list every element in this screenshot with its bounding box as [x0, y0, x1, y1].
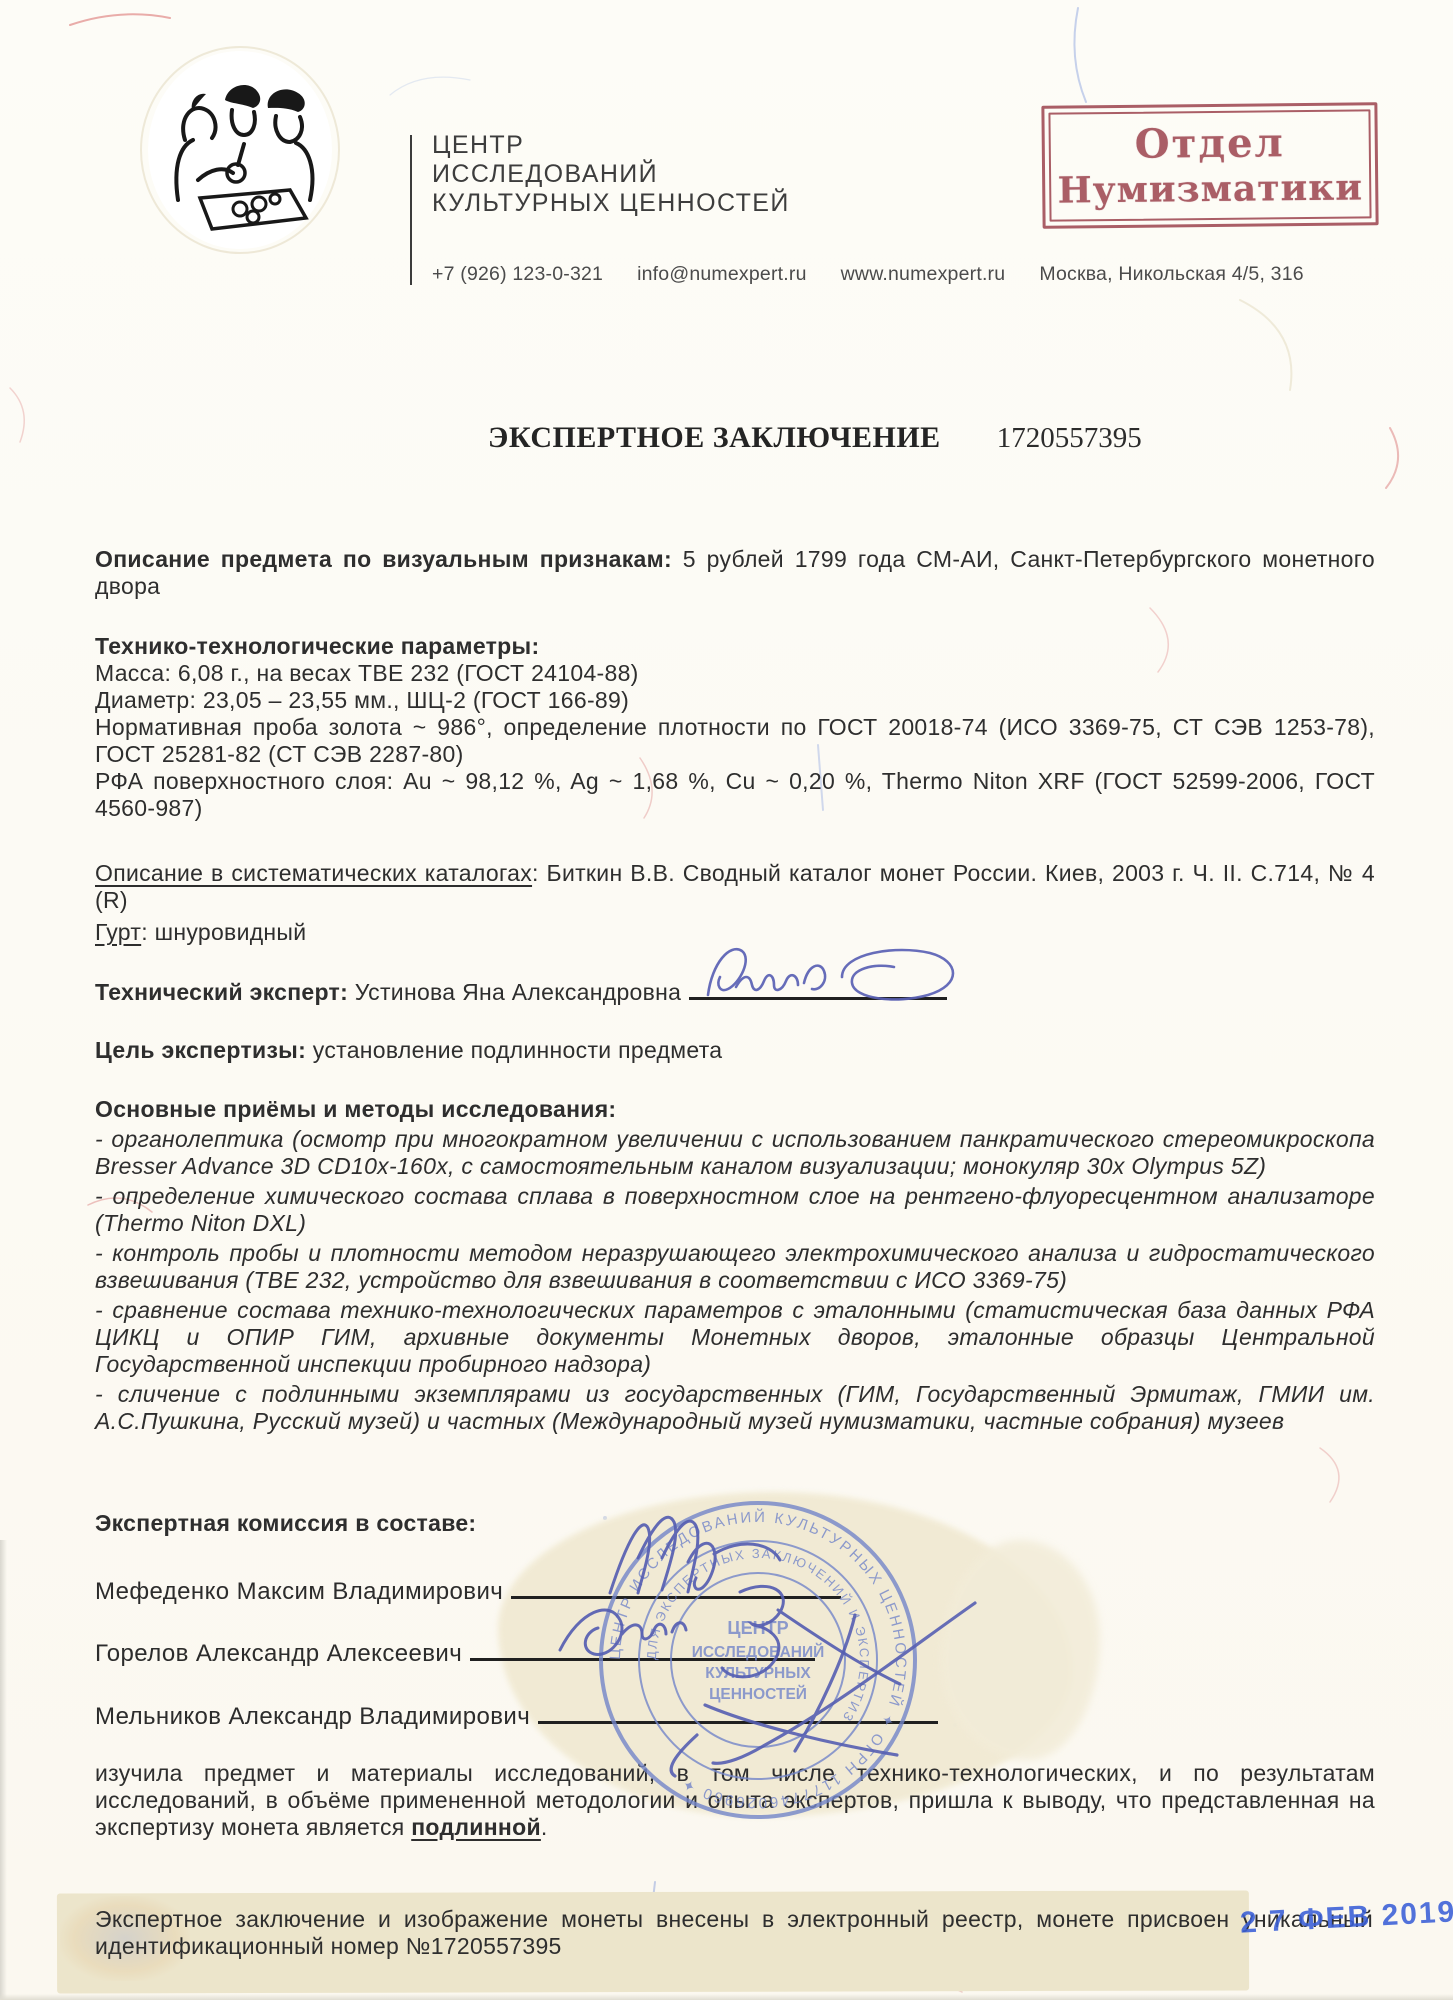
method-item: - контроль пробы и плотности методом нер…	[95, 1240, 1375, 1294]
department-stamp-line2: Нумизматики	[1057, 165, 1363, 212]
technical-expert-label: Технический эксперт:	[95, 979, 348, 1005]
title-number: 1720557395	[997, 422, 1142, 455]
technical-parameters-heading: Технико-технологические параметры:	[95, 633, 1375, 660]
visual-description-label: Описание предмета по визуальным признака…	[95, 546, 672, 572]
numismatists-logo	[140, 48, 340, 253]
document-title: ЭКСПЕРТНОЕ ЗАКЛЮЧЕНИЕ 1720557395	[488, 421, 1142, 455]
email-address: info@numexpert.ru	[637, 263, 807, 285]
edge-label: Гурт	[95, 919, 141, 945]
phone-number: +7 (926) 123-0-321	[432, 263, 603, 285]
commission-member-name: Горелов Александр Алексеевич	[95, 1640, 462, 1667]
registry-note-text: Экспертное заключение и изображение моне…	[95, 1906, 1373, 1960]
diameter-line: Диаметр: 23,05 – 23,55 мм., ШЦ-2 (ГОСТ 1…	[95, 687, 1375, 714]
scan-edge-artifact	[0, 1994, 1453, 2000]
postal-address: Москва, Никольская 4/5, 316	[1039, 263, 1304, 285]
expert-signature-handwriting	[690, 925, 980, 1020]
technical-parameters-section: Технико-технологические параметры: Масса…	[95, 633, 1375, 822]
methods-heading: Основные приёмы и методы исследования:	[95, 1096, 1375, 1123]
department-stamp-line1: Отдел	[1135, 120, 1285, 168]
website-url: www.numexpert.ru	[841, 263, 1006, 285]
visual-description-text: Описание предмета по визуальным признака…	[95, 546, 1375, 600]
conclusion-verdict: подлинной	[411, 1814, 541, 1840]
commission-member-name: Мефеденко Максим Владимирович	[95, 1578, 503, 1605]
registry-note-section: Экспертное заключение и изображение моне…	[95, 1906, 1373, 1960]
method-item: - сличение с подлинными экземплярами из …	[95, 1381, 1375, 1435]
commission-member-name: Мельников Александр Владимирович	[95, 1703, 530, 1730]
methods-section: Основные приёмы и методы исследования: -…	[95, 1096, 1375, 1435]
method-item: - сравнение состава технико-технологичес…	[95, 1297, 1375, 1378]
organization-name: ЦЕНТР ИССЛЕДОВАНИЙ КУЛЬТУРНЫХ ЦЕННОСТЕЙ	[432, 131, 790, 218]
expertise-goal-text: Цель экспертизы: установление подлинност…	[95, 1037, 1375, 1064]
contact-line: +7 (926) 123-0-321info@numexpert.ruwww.n…	[432, 263, 1338, 286]
member-signature-handwriting	[555, 1585, 985, 1780]
mass-line: Масса: 6,08 г., на весах ТВЕ 232 (ГОСТ 2…	[95, 660, 1375, 687]
technical-expert-name: Устинова Яна Александровна	[348, 979, 681, 1005]
title-label: ЭКСПЕРТНОЕ ЗАКЛЮЧЕНИЕ	[488, 421, 941, 455]
org-name-line: КУЛЬТУРНЫХ ЦЕННОСТЕЙ	[432, 189, 790, 218]
org-name-line: ЦЕНТР	[432, 131, 790, 160]
method-item: - органолептика (осмотр при многократном…	[95, 1126, 1375, 1180]
method-item: - определение химического состава сплава…	[95, 1183, 1375, 1237]
catalog-label: Описание в систематических каталогах	[95, 860, 532, 886]
visual-description-section: Описание предмета по визуальным признака…	[95, 546, 1375, 600]
department-stamp: Отдел Нумизматики	[1041, 102, 1378, 229]
org-name-line: ИССЛЕДОВАНИЙ	[432, 160, 790, 189]
scanned-document-page: ЦЕНТР ИССЛЕДОВАНИЙ КУЛЬТУРНЫХ ЦЕННОСТЕЙ …	[0, 0, 1453, 2000]
header-divider	[410, 135, 412, 285]
gold-fineness-line: Нормативная проба золота ~ 986°, определ…	[95, 714, 1375, 768]
expertise-goal-label: Цель экспертизы:	[95, 1037, 306, 1063]
expertise-goal-section: Цель экспертизы: установление подлинност…	[95, 1037, 1375, 1064]
xrf-analysis-line: РФА поверхностного слоя: Au ~ 98,12 %, A…	[95, 768, 1375, 822]
catalog-reference-text: Описание в систематических каталогах: Би…	[95, 860, 1375, 914]
scan-edge-artifact	[0, 1540, 7, 2000]
